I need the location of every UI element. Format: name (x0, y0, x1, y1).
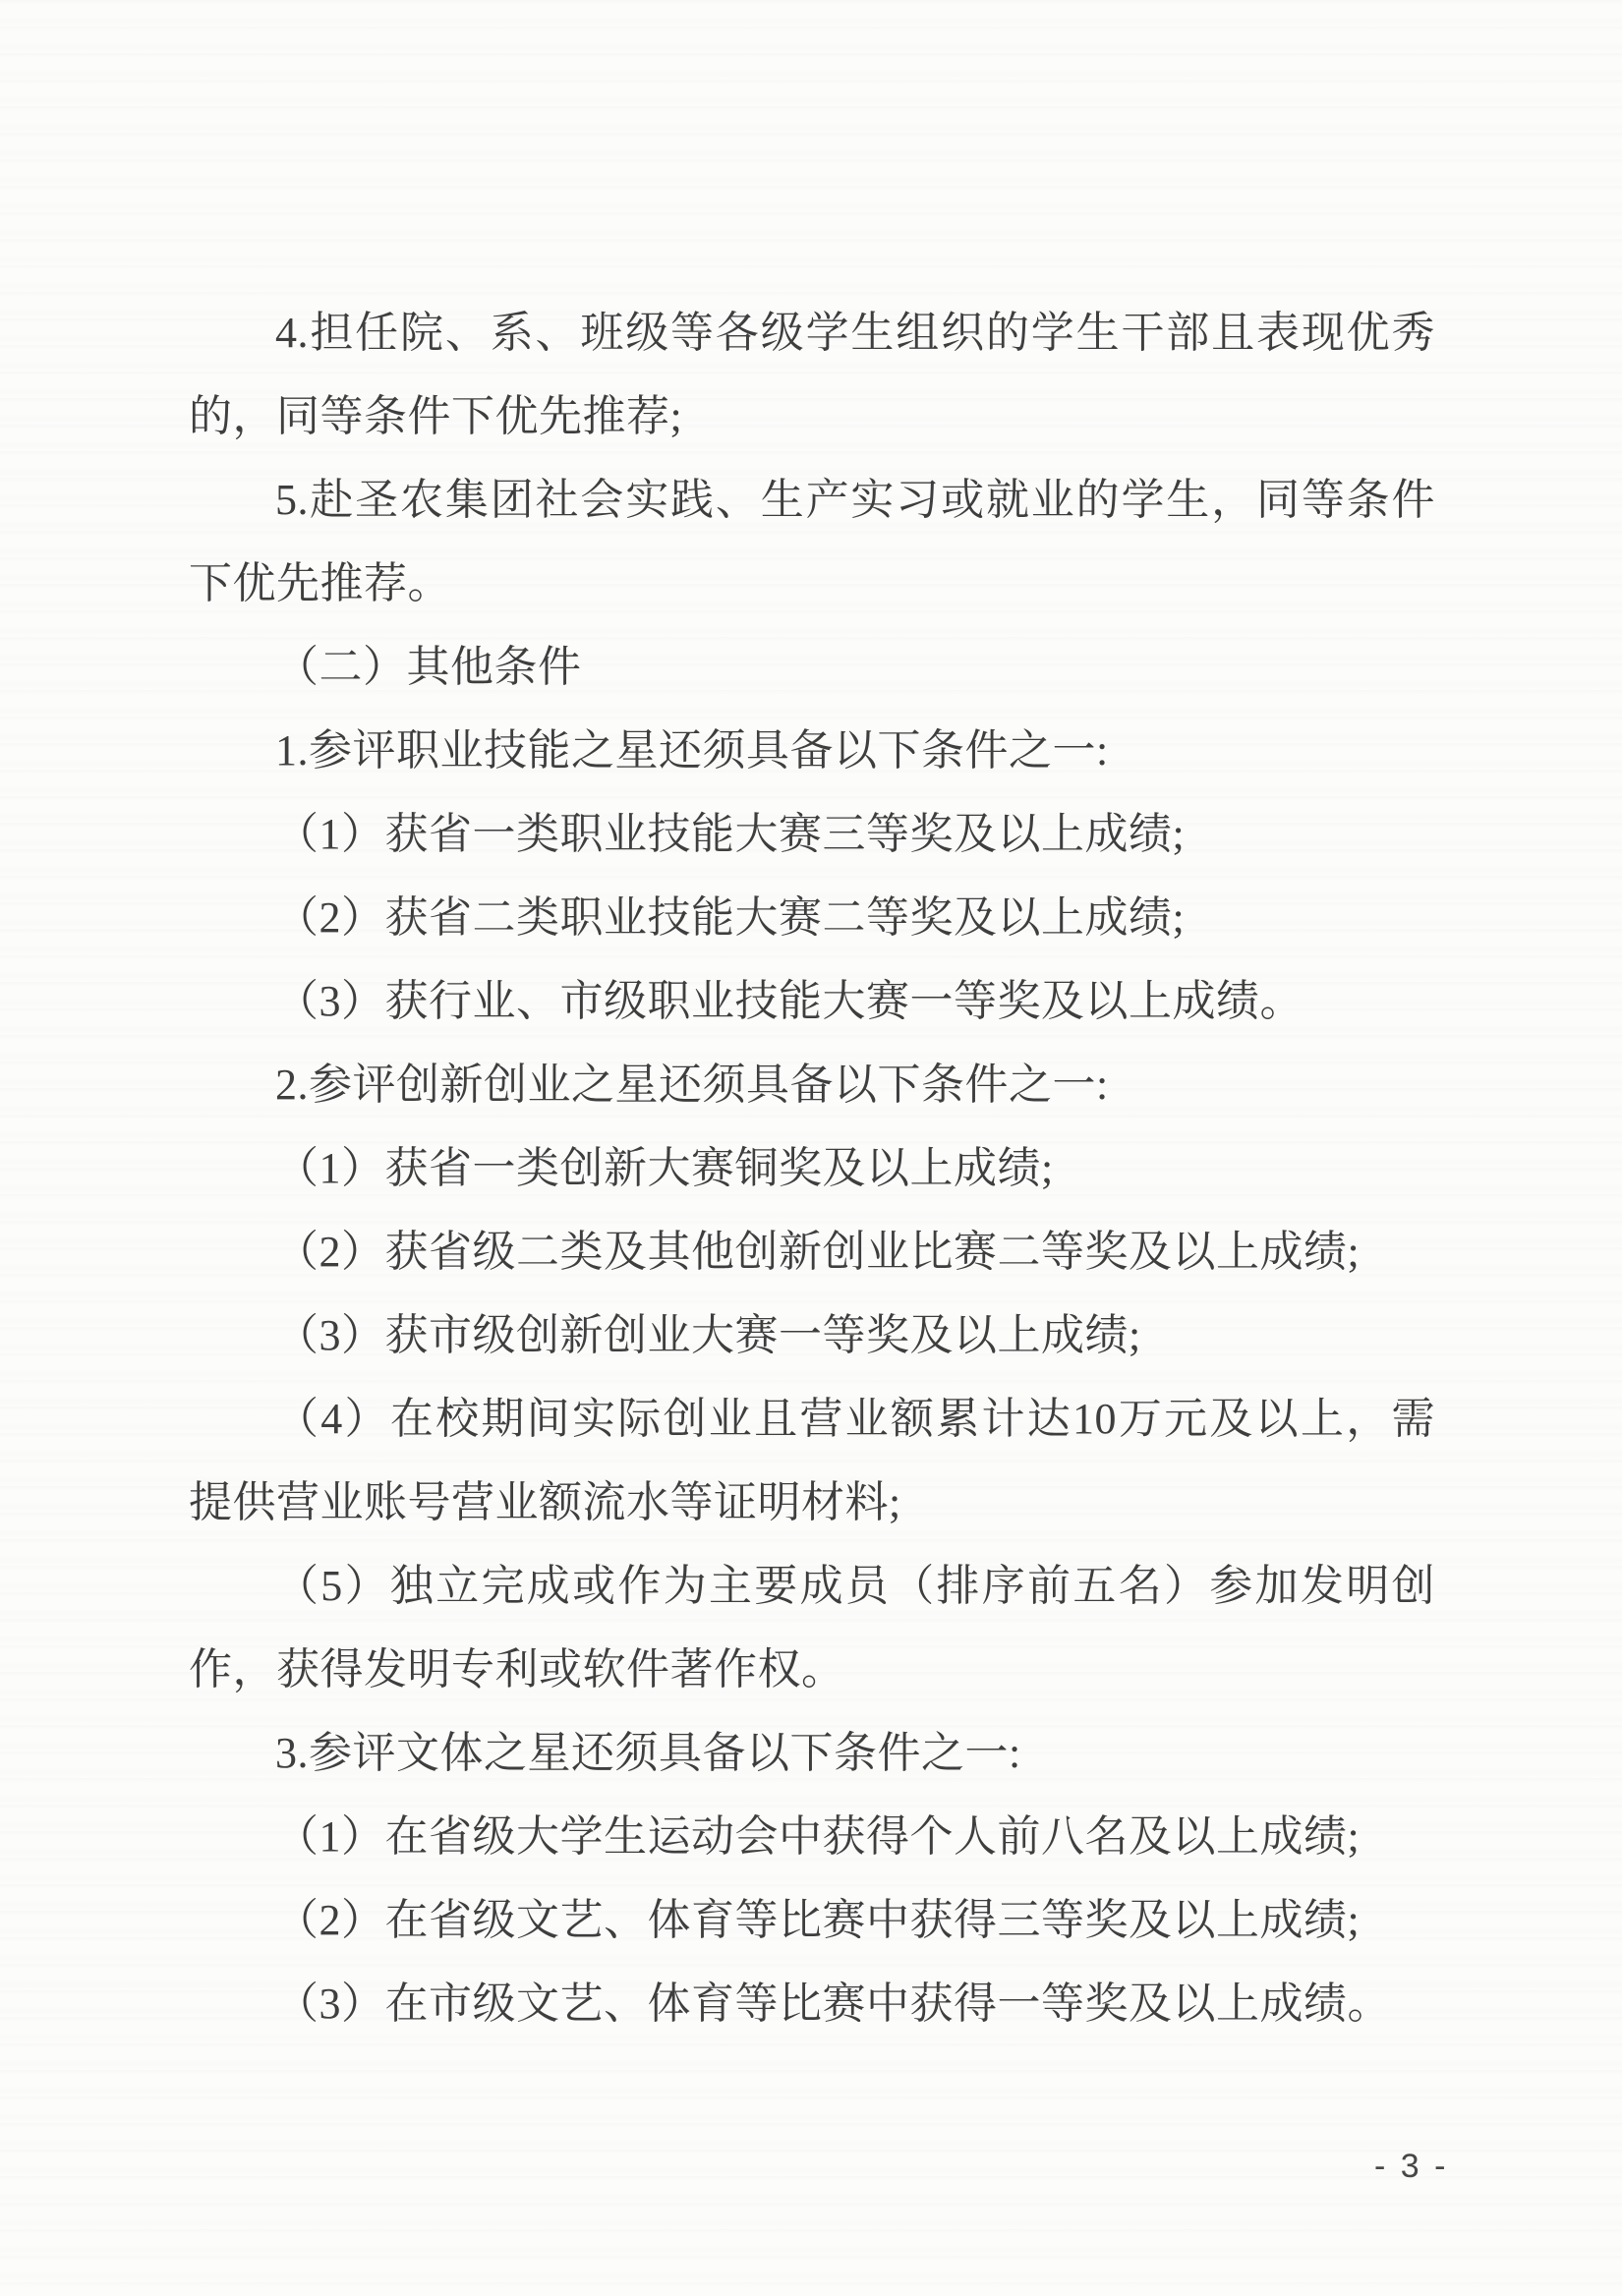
document-line: 3.参评文体之星还须具备以下条件之一: (189, 1711, 1435, 1795)
document-line: （1）获省一类创新大赛铜奖及以上成绩; (189, 1126, 1435, 1210)
page-number: - 3 - (1374, 2147, 1448, 2186)
document-line: 5.赴圣农集团社会实践、生产实习或就业的学生，同等条件 (189, 458, 1435, 542)
document-line: （2）获省级二类及其他创新创业比赛二等奖及以上成绩; (189, 1210, 1435, 1293)
document-line: 提供营业账号营业额流水等证明材料; (189, 1461, 1435, 1544)
document-body: 4.担任院、系、班级等各级学生组织的学生干部且表现优秀的，同等条件下优先推荐;5… (189, 291, 1435, 2045)
document-line: （3）获市级创新创业大赛一等奖及以上成绩; (189, 1293, 1435, 1377)
scanned-document-page: 4.担任院、系、班级等各级学生组织的学生干部且表现优秀的，同等条件下优先推荐;5… (0, 0, 1622, 2296)
document-line: 的，同等条件下优先推荐; (189, 374, 1435, 458)
document-line: 1.参评职业技能之星还须具备以下条件之一: (189, 709, 1435, 792)
document-line: （1）在省级大学生运动会中获得个人前八名及以上成绩; (189, 1795, 1435, 1878)
document-line: （1）获省一类职业技能大赛三等奖及以上成绩; (189, 792, 1435, 876)
document-line: （3）在市级文艺、体育等比赛中获得一等奖及以上成绩。 (189, 1962, 1435, 2045)
document-line: （5）独立完成或作为主要成员（排序前五名）参加发明创 (189, 1544, 1435, 1628)
document-line: （二）其他条件 (189, 625, 1435, 709)
document-line: （2）在省级文艺、体育等比赛中获得三等奖及以上成绩; (189, 1878, 1435, 1962)
document-line: 2.参评创新创业之星还须具备以下条件之一: (189, 1043, 1435, 1126)
document-line: （3）获行业、市级职业技能大赛一等奖及以上成绩。 (189, 959, 1435, 1043)
document-line: 4.担任院、系、班级等各级学生组织的学生干部且表现优秀 (189, 291, 1435, 374)
document-line: 下优先推荐。 (189, 542, 1435, 625)
document-line: （4）在校期间实际创业且营业额累计达10万元及以上，需 (189, 1377, 1435, 1461)
document-line: （2）获省二类职业技能大赛二等奖及以上成绩; (189, 876, 1435, 959)
document-line: 作，获得发明专利或软件著作权。 (189, 1628, 1435, 1711)
